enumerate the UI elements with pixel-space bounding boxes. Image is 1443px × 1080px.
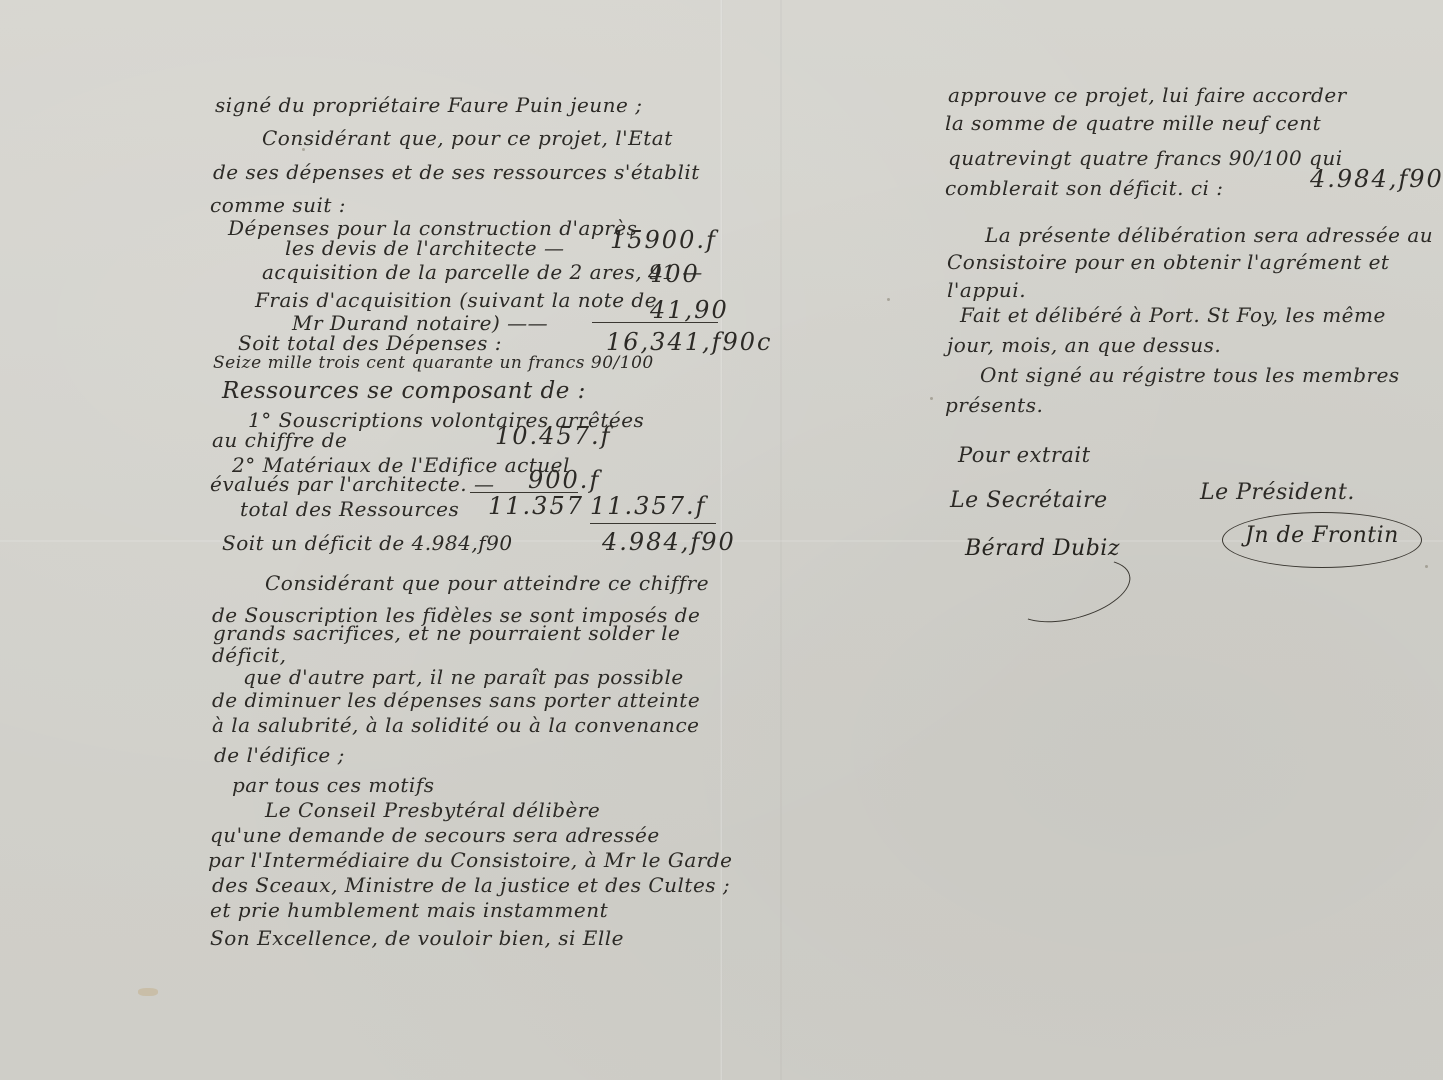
text-line: Ont signé au régistre tous les membres	[980, 365, 1400, 385]
resources-heading: Ressources se composant de :	[222, 380, 586, 403]
expense-label: acquisition de la parcelle de 2 ares, 91…	[262, 262, 703, 282]
text-line: Fait et délibéré à Port. St Foy, les mêm…	[960, 305, 1386, 325]
deficit-label: Soit un déficit de 4.984,f90	[222, 533, 513, 553]
text-line: de diminuer les dépenses sans porter att…	[212, 690, 700, 710]
text-line: à la salubrité, à la solidité ou à la co…	[212, 715, 699, 735]
secretary-title: Le Secrétaire	[950, 490, 1108, 512]
text-line: Considérant que pour atteindre ce chiffr…	[265, 573, 709, 593]
expense-total-label: Soit total des Dépenses :	[238, 333, 502, 353]
expense-total-amount: 16,341,f90c	[606, 330, 772, 354]
text-line: Considérant que, pour ce projet, l'Etat	[262, 128, 673, 148]
expense-amount: 400	[648, 262, 700, 286]
resource-label: au chiffre de	[212, 430, 347, 450]
expense-label: Mr Durand notaire) ——	[292, 313, 548, 333]
text-line: Le Conseil Presbytéral délibère	[265, 800, 600, 820]
text-line: quatrevingt quatre francs 90/100 qui	[948, 148, 1343, 168]
text-line: l'appui.	[947, 280, 1026, 300]
text-line: par l'Intermédiaire du Consistoire, à Mr…	[208, 850, 732, 870]
text-line: comblerait son déficit. ci :	[945, 178, 1224, 198]
text-line: qu'une demande de secours sera adressée	[210, 825, 660, 845]
text-line: de l'édifice ;	[214, 745, 345, 765]
text-line: la somme de quatre mille neuf cent	[945, 113, 1321, 133]
deficit-amount: 4.984,f90	[602, 530, 736, 554]
resources-total-amount-carried: 11.357.f	[590, 494, 707, 518]
expense-label: Dépenses pour la construction d'après	[228, 218, 637, 238]
text-line: déficit,	[212, 645, 286, 665]
expense-total-words: Seize mille trois cent quarante un franc…	[213, 355, 654, 372]
text-line: grands sacrifices, et ne pourraient sold…	[213, 623, 680, 643]
expense-amount: 15900.f	[610, 228, 717, 252]
text-line: que d'autre part, il ne paraît pas possi…	[243, 667, 684, 687]
expense-amount: 41,90	[650, 298, 729, 322]
text-line: de ses dépenses et de ses ressources s'é…	[213, 162, 700, 182]
grant-amount: 4.984,f90c	[1310, 167, 1443, 191]
text-line: La présente délibération sera adressée a…	[985, 225, 1433, 245]
text-line: Son Excellence, de vouloir bien, si Elle	[210, 928, 624, 948]
sum-rule	[590, 523, 716, 524]
resources-total-label: total des Ressources	[240, 499, 459, 519]
resource-label: évalués par l'architecte. —	[210, 474, 494, 494]
document-sheet: signé du propriétaire Faure Puin jeune ;…	[0, 0, 1443, 1080]
president-signature-text: Jn de Frontin	[1245, 525, 1399, 547]
text-line: des Sceaux, Ministre de la justice et de…	[212, 875, 730, 895]
resources-total-amount: 11.357	[488, 494, 584, 518]
text-line: présents.	[945, 395, 1043, 415]
text-line: jour, mois, an que dessus.	[947, 335, 1221, 355]
closing-text: Pour extrait	[958, 445, 1091, 466]
president-title: Le Président.	[1200, 482, 1355, 504]
resource-amount: 900.f	[528, 468, 600, 492]
ink-spot	[887, 298, 890, 301]
text-line: comme suit :	[210, 195, 346, 215]
text-line: et prie humblement mais instamment	[210, 900, 608, 920]
sum-rule	[592, 322, 718, 323]
text-line: signé du propriétaire Faure Puin jeune ;	[215, 95, 642, 115]
text-line: approuve ce projet, lui faire accorder	[948, 85, 1347, 105]
secretary-signature-text: Bérard Dubiz	[965, 538, 1120, 560]
text-line: Consistoire pour en obtenir l'agrément e…	[947, 252, 1389, 272]
expense-label: Frais d'acquisition (suivant la note de	[255, 290, 657, 310]
paper-stain	[138, 988, 158, 996]
ink-spot	[1425, 565, 1428, 568]
ink-spot	[930, 397, 933, 400]
expense-label: les devis de l'architecte —	[285, 238, 564, 258]
resource-amount: 10.457.f	[495, 424, 612, 448]
text-line: par tous ces motifs	[232, 775, 435, 795]
